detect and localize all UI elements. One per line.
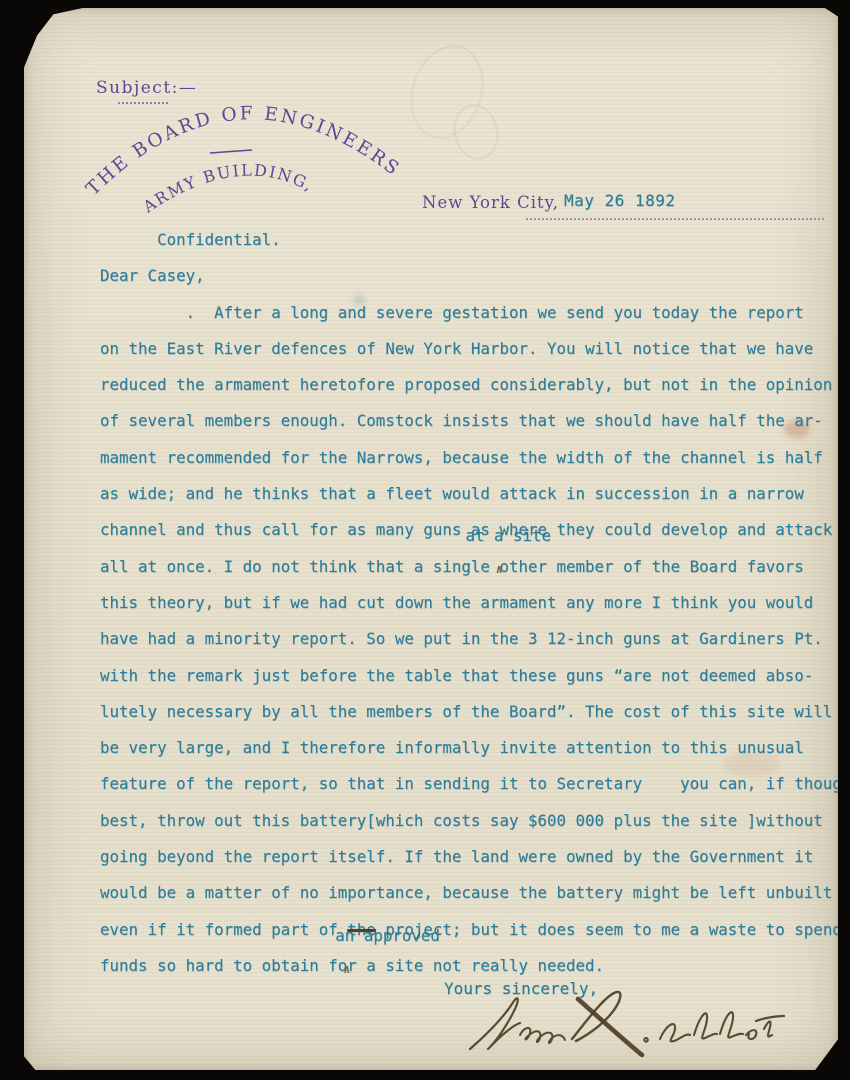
subject-label: Subject:—	[96, 78, 197, 98]
bleed-through-mark	[449, 100, 504, 164]
caret-mark: ∧	[495, 551, 502, 587]
body-line: going beyond the report itself. If the l…	[100, 839, 838, 875]
body-line: best, throw out this battery[which costs…	[100, 803, 838, 839]
body-line: channel and thus call for as many guns a…	[100, 512, 838, 548]
body-line: have had a minority report. So we put in…	[100, 621, 838, 657]
inserted-text-above: at a site	[465, 518, 551, 554]
caret-mark: ∧	[343, 951, 350, 987]
subject-text: Subject:—	[96, 78, 197, 98]
body-line: reduced the armament heretofore proposed…	[100, 367, 838, 403]
body-line: feature of the report, so that in sendin…	[100, 766, 838, 802]
letterhead-line1: THE BOARD OF ENGINEERS,	[82, 104, 404, 200]
body-line: would be a matter of no importance, beca…	[100, 875, 838, 911]
signature: Henry L. Abbot	[460, 983, 790, 1065]
body-line: as wide; and he thinks that a fleet woul…	[100, 476, 838, 512]
body-line: be very large, and I therefore informall…	[100, 730, 838, 766]
body-line: lutely necessary by all the members of t…	[100, 694, 838, 730]
svg-text:THE BOARD OF ENGINEERS,: THE BOARD OF ENGINEERS,	[82, 104, 404, 200]
letterhead-line2: ARMY BUILDING,	[139, 161, 317, 217]
svg-text:ARMY BUILDING,: ARMY BUILDING,	[139, 161, 317, 217]
date-value: May 26 1892	[564, 191, 675, 210]
body-line: on the East River defences of New York H…	[100, 331, 838, 367]
letterhead: THE BOARD OF ENGINEERS, ARMY BUILDING,	[82, 104, 442, 229]
inserted-text-above: an approved	[335, 918, 440, 954]
letterhead-divider	[210, 150, 252, 153]
scanned-letter-photo: Subject:— THE BOARD OF ENGINEERS, ARMY B…	[0, 0, 850, 1080]
body-line: of several members enough. Comstock insi…	[100, 403, 838, 439]
body-line: Dear Casey,	[100, 258, 838, 294]
body-line: Confidential.	[100, 222, 838, 258]
letter-body: Confidential.Dear Casey, . After a long …	[100, 222, 838, 984]
signature-strokes	[470, 992, 784, 1055]
body-line: even if it formed part of an approved∧th…	[100, 912, 838, 948]
body-line: with the remark just before the table th…	[100, 658, 838, 694]
body-line: . After a long and severe gestation we s…	[100, 295, 838, 331]
letter-paper: Subject:— THE BOARD OF ENGINEERS, ARMY B…	[24, 8, 838, 1070]
body-line: mament recommended for the Narrows, beca…	[100, 440, 838, 476]
body-line: this theory, but if we had cut down the …	[100, 585, 838, 621]
